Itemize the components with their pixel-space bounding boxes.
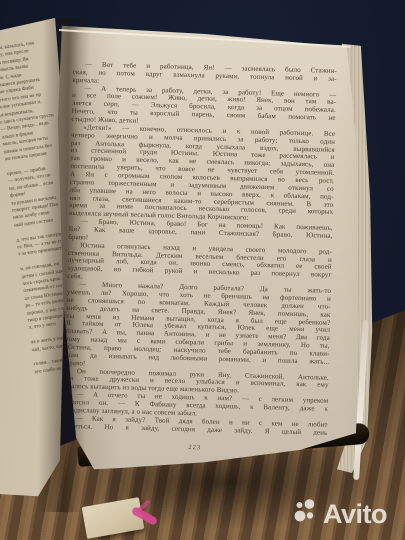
avito-watermark-text: Avito xyxy=(323,501,387,528)
avito-watermark: Avito xyxy=(293,495,387,533)
book-gutter-shadow xyxy=(37,18,90,512)
book-photo-scene: оры и, казалось, смодраку, она преслевек… xyxy=(0,0,405,540)
avito-logo-icon xyxy=(293,498,320,530)
page-text: — Вот тебе и работница, Ян! — засмеялась… xyxy=(63,61,337,437)
